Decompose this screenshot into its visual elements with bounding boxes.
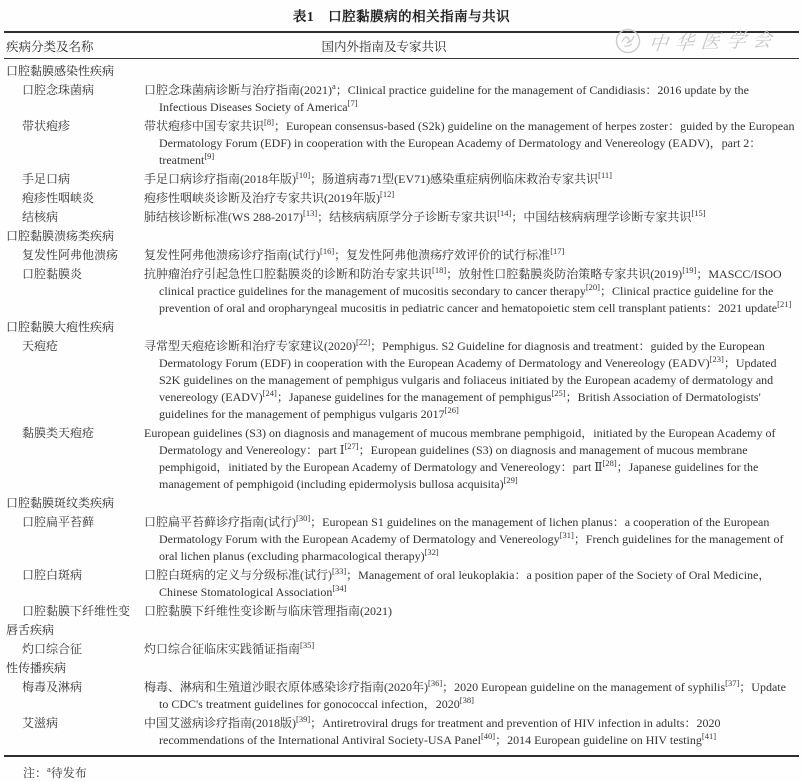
footnote: 注：a待发布 xyxy=(4,764,799,781)
table-row: 手足口病手足口病诊疗指南(2018年版)[10]；肠道病毒71型(EV71)感染… xyxy=(4,170,799,189)
reference-superscript: [9] xyxy=(204,151,214,161)
disease-name-cell: 黏膜类天疱疮 xyxy=(4,425,139,493)
disease-name-cell: 疱疹性咽峡炎 xyxy=(4,190,139,207)
disease-name-cell: 艾滋病 xyxy=(4,715,139,749)
disease-name-cell: 梅毒及淋病 xyxy=(4,679,139,713)
category-row: 唇舌疾病 xyxy=(4,621,799,640)
reference-superscript: [29] xyxy=(504,475,518,485)
reference-superscript: [33] xyxy=(332,566,346,576)
category-row: 性传播疾病 xyxy=(4,659,799,678)
guideline-cell: 口腔黏膜下纤维性变诊断与临床管理指南(2021) xyxy=(139,603,799,620)
category-row: 口腔黏膜溃疡类疾病 xyxy=(4,227,799,246)
reference-superscript: [13] xyxy=(303,208,317,218)
guideline-cell: 疱疹性咽峡炎诊断及治疗专家共识(2019年版)[12] xyxy=(139,190,799,207)
category-row: 口腔黏膜感染性疾病 xyxy=(4,62,799,81)
reference-superscript: [10] xyxy=(296,170,310,180)
reference-superscript: [18] xyxy=(432,265,446,275)
table-row: 口腔扁平苔藓口腔扁平苔藓诊疗指南(试行)[30]；European S1 gui… xyxy=(4,513,799,566)
guideline-cell: 梅毒、淋病和生殖道沙眼衣原体感染诊疗指南(2020年)[36]；2020 Eur… xyxy=(139,679,799,713)
disease-name-cell: 口腔扁平苔藓 xyxy=(4,514,139,565)
reference-superscript: [39] xyxy=(296,714,310,724)
reference-superscript: [25] xyxy=(551,388,565,398)
reference-superscript: a xyxy=(332,81,336,91)
guideline-cell: 抗肿瘤治疗引起急性口腔黏膜炎的诊断和防治专家共识[18]；放射性口腔黏膜炎防治策… xyxy=(139,266,799,317)
disease-name-cell: 结核病 xyxy=(4,209,139,226)
table-row: 口腔白斑病口腔白斑病的定义与分级标准(试行)[33]；Management of… xyxy=(4,566,799,602)
category-row: 口腔黏膜大疱性疾病 xyxy=(4,318,799,337)
reference-superscript: [36] xyxy=(428,678,442,688)
reference-superscript: [27] xyxy=(344,441,358,451)
reference-superscript: [21] xyxy=(777,299,791,309)
reference-superscript: [7] xyxy=(348,98,358,108)
table-row: 天疱疮寻常型天疱疮诊断和治疗专家建议(2020)[22]；Pemphigus. … xyxy=(4,337,799,424)
disease-name-cell: 天疱疮 xyxy=(4,338,139,423)
disease-name-cell: 复发性阿弗他溃疡 xyxy=(4,247,139,264)
header-col-guidelines: 国内外指南及专家共识 xyxy=(139,37,799,55)
table-row: 口腔黏膜下纤维性变口腔黏膜下纤维性变诊断与临床管理指南(2021) xyxy=(4,602,799,621)
reference-superscript: [12] xyxy=(380,189,394,199)
reference-superscript: [22] xyxy=(356,337,370,347)
document-page: 表1 口腔黏膜病的相关指南与共识 中华医学会 疾病分类及名称 国内外指南及专家共… xyxy=(0,0,803,781)
table-body: 口腔黏膜感染性疾病口腔念珠菌病口腔念珠菌病诊断与治疗指南(2021)a；Clin… xyxy=(4,59,799,755)
table-row: 梅毒及淋病梅毒、淋病和生殖道沙眼衣原体感染诊疗指南(2020年)[36]；202… xyxy=(4,678,799,714)
reference-superscript: [35] xyxy=(300,640,314,650)
reference-superscript: [14] xyxy=(497,208,511,218)
reference-superscript: [11] xyxy=(598,170,612,180)
guideline-cell: European guidelines (S3) on diagnosis an… xyxy=(139,425,799,493)
table-row: 带状疱疹带状疱疹中国专家共识[8]；European consensus-bas… xyxy=(4,117,799,170)
category-row: 口腔黏膜斑纹类疾病 xyxy=(4,494,799,513)
reference-superscript: a xyxy=(47,764,51,774)
reference-superscript: [24] xyxy=(263,388,277,398)
guideline-cell: 带状疱疹中国专家共识[8]；European consensus-based (… xyxy=(139,118,799,169)
table-title: 表1 口腔黏膜病的相关指南与共识 xyxy=(4,0,799,25)
disease-name-cell: 手足口病 xyxy=(4,171,139,188)
disease-name-cell: 口腔黏膜下纤维性变 xyxy=(4,603,139,620)
guideline-cell: 寻常型天疱疮诊断和治疗专家建议(2020)[22]；Pemphigus. S2 … xyxy=(139,338,799,423)
reference-superscript: [32] xyxy=(425,547,439,557)
reference-superscript: [37] xyxy=(725,678,739,688)
guidelines-table: 疾病分类及名称 国内外指南及专家共识 口腔黏膜感染性疾病口腔念珠菌病口腔念珠菌病… xyxy=(4,31,799,757)
disease-name-cell: 口腔白斑病 xyxy=(4,567,139,601)
guideline-cell: 中国艾滋病诊疗指南(2018版)[39]；Antiretroviral drug… xyxy=(139,715,799,749)
reference-superscript: [30] xyxy=(296,513,310,523)
reference-superscript: [20] xyxy=(586,282,600,292)
table-header: 疾病分类及名称 国内外指南及专家共识 xyxy=(4,33,799,59)
reference-superscript: [15] xyxy=(691,208,705,218)
guideline-cell: 肺结核诊断标准(WS 288-2017)[13]；结核病病原学分子诊断专家共识[… xyxy=(139,209,799,226)
reference-superscript: [28] xyxy=(603,458,617,468)
disease-name-cell: 灼口综合征 xyxy=(4,641,139,658)
table-row: 疱疹性咽峡炎疱疹性咽峡炎诊断及治疗专家共识(2019年版)[12] xyxy=(4,189,799,208)
table-row: 口腔念珠菌病口腔念珠菌病诊断与治疗指南(2021)a；Clinical prac… xyxy=(4,81,799,117)
reference-superscript: [41] xyxy=(702,731,716,741)
guideline-cell: 灼口综合征临床实践循证指南[35] xyxy=(139,641,799,658)
reference-superscript: [19] xyxy=(682,265,696,275)
table-row: 复发性阿弗他溃疡复发性阿弗他溃疡诊疗指南(试行)[16]；复发性阿弗他溃疡疗效评… xyxy=(4,246,799,265)
reference-superscript: [23] xyxy=(710,354,724,364)
guideline-cell: 手足口病诊疗指南(2018年版)[10]；肠道病毒71型(EV71)感染重症病例… xyxy=(139,171,799,188)
guideline-cell: 口腔念珠菌病诊断与治疗指南(2021)a；Clinical practice g… xyxy=(139,82,799,116)
table-row: 灼口综合征灼口综合征临床实践循证指南[35] xyxy=(4,640,799,659)
reference-superscript: [16] xyxy=(320,246,334,256)
guideline-cell: 口腔白斑病的定义与分级标准(试行)[33]；Management of oral… xyxy=(139,567,799,601)
disease-name-cell: 口腔念珠菌病 xyxy=(4,82,139,116)
reference-superscript: [31] xyxy=(560,530,574,540)
disease-name-cell: 带状疱疹 xyxy=(4,118,139,169)
guideline-cell: 口腔扁平苔藓诊疗指南(试行)[30]；European S1 guideline… xyxy=(139,514,799,565)
reference-superscript: [34] xyxy=(332,583,346,593)
table-row: 结核病肺结核诊断标准(WS 288-2017)[13]；结核病病原学分子诊断专家… xyxy=(4,208,799,227)
table-row: 口腔黏膜炎抗肿瘤治疗引起急性口腔黏膜炎的诊断和防治专家共识[18]；放射性口腔黏… xyxy=(4,265,799,318)
disease-name-cell: 口腔黏膜炎 xyxy=(4,266,139,317)
reference-superscript: [8] xyxy=(264,117,274,127)
reference-superscript: [40] xyxy=(481,731,495,741)
guideline-cell: 复发性阿弗他溃疡诊疗指南(试行)[16]；复发性阿弗他溃疡疗效评价的试行标准[1… xyxy=(139,247,799,264)
table-row: 黏膜类天疱疮European guidelines (S3) on diagno… xyxy=(4,424,799,494)
header-col-disease: 疾病分类及名称 xyxy=(4,37,139,55)
table-row: 艾滋病中国艾滋病诊疗指南(2018版)[39]；Antiretroviral d… xyxy=(4,714,799,750)
reference-superscript: [38] xyxy=(460,695,474,705)
reference-superscript: [17] xyxy=(550,246,564,256)
reference-superscript: [26] xyxy=(445,405,459,415)
